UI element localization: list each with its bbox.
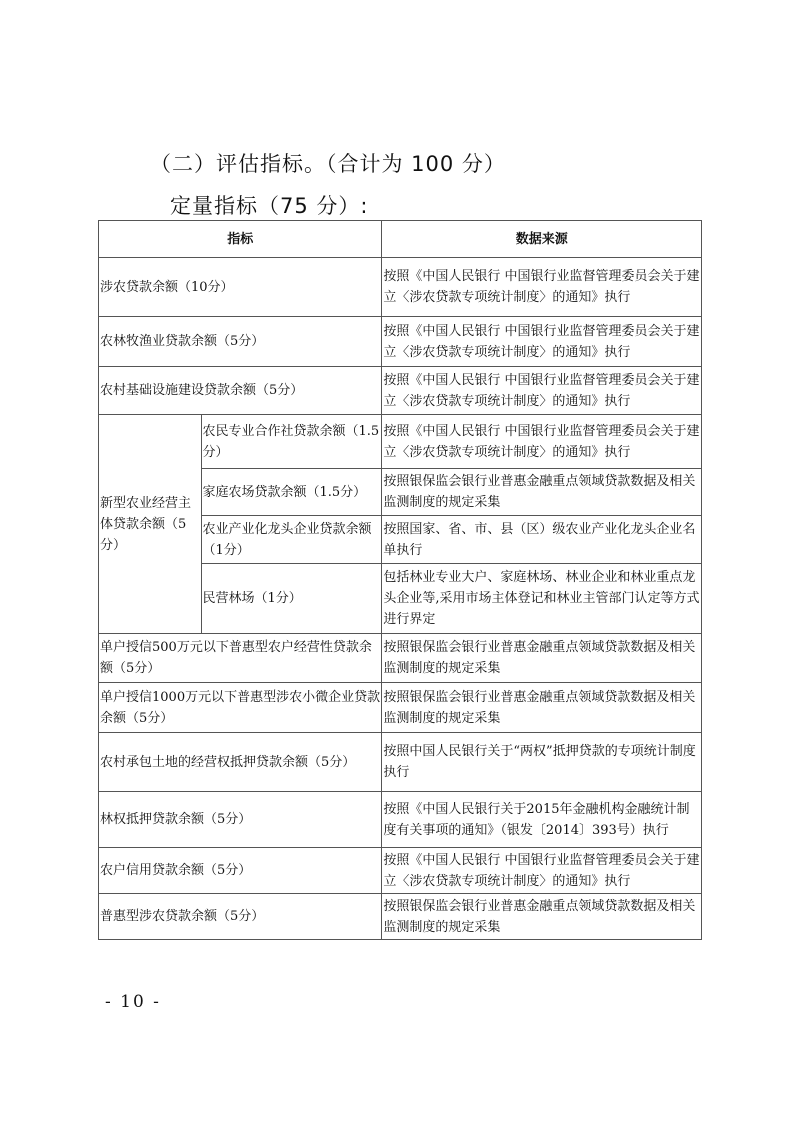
source-cell: 按照银保监会银行业普惠金融重点领域贷款数据及相关监测制度的规定采集: [382, 634, 702, 683]
indicator-cell: 农林牧渔业贷款余额（5分）: [99, 317, 382, 367]
indicator-cell: 农村基础设施建设贷款余额（5分）: [99, 367, 382, 415]
page-number: - 10 -: [105, 992, 161, 1012]
table-row: 农村基础设施建设贷款余额（5分） 按照《中国人民银行 中国银行业监督管理委员会关…: [99, 367, 702, 415]
table-row: 涉农贷款余额（10分） 按照《中国人民银行 中国银行业监督管理委员会关于建立〈涉…: [99, 258, 702, 317]
header-indicator: 指标: [99, 221, 382, 258]
table-row: 普惠型涉农贷款余额（5分） 按照银保监会银行业普惠金融重点领域贷款数据及相关监测…: [99, 894, 702, 940]
table-row: 农村承包土地的经营权抵押贷款余额（5分） 按照中国人民银行关于“两权”抵押贷款的…: [99, 733, 702, 792]
source-cell: 按照银保监会银行业普惠金融重点领域贷款数据及相关监测制度的规定采集: [382, 469, 702, 516]
table-header-row: 指标 数据来源: [99, 221, 702, 258]
indicator-table: 指标 数据来源 涉农贷款余额（10分） 按照《中国人民银行 中国银行业监督管理委…: [98, 220, 702, 940]
table-row: 农林牧渔业贷款余额（5分） 按照《中国人民银行 中国银行业监督管理委员会关于建立…: [99, 317, 702, 367]
indicator-cell: 农村承包土地的经营权抵押贷款余额（5分）: [99, 733, 382, 792]
table-row: 农户信用贷款余额（5分） 按照《中国人民银行 中国银行业监督管理委员会关于建立〈…: [99, 848, 702, 894]
indicator-cell: 涉农贷款余额（10分）: [99, 258, 382, 317]
section-heading: （二）评估指标。（合计为 100 分）: [150, 148, 506, 178]
source-cell: 按照银保监会银行业普惠金融重点领域贷款数据及相关监测制度的规定采集: [382, 683, 702, 733]
section-subheading: 定量指标（75 分）:: [170, 190, 368, 220]
source-cell: 按照中国人民银行关于“两权”抵押贷款的专项统计制度执行: [382, 733, 702, 792]
indicator-cell: 普惠型涉农贷款余额（5分）: [99, 894, 382, 940]
indicator-cell: 单户授信500万元以下普惠型农户经营性贷款余额（5分）: [99, 634, 382, 683]
table-row: 新型农业经营主体贷款余额（5分） 农民专业合作社贷款余额（1.5分） 按照《中国…: [99, 415, 702, 469]
source-cell: 按照《中国人民银行 中国银行业监督管理委员会关于建立〈涉农贷款专项统计制度〉的通…: [382, 367, 702, 415]
table-row: 单户授信1000万元以下普惠型涉农小微企业贷款余额（5分） 按照银保监会银行业普…: [99, 683, 702, 733]
indicator-cell: 单户授信1000万元以下普惠型涉农小微企业贷款余额（5分）: [99, 683, 382, 733]
source-cell: 按照《中国人民银行 中国银行业监督管理委员会关于建立〈涉农贷款专项统计制度〉的通…: [382, 258, 702, 317]
indicator-cell: 林权抵押贷款余额（5分）: [99, 792, 382, 848]
source-cell: 按照银保监会银行业普惠金融重点领域贷款数据及相关监测制度的规定采集: [382, 894, 702, 940]
source-cell: 按照《中国人民银行 中国银行业监督管理委员会关于建立〈涉农贷款专项统计制度〉的通…: [382, 415, 702, 469]
sub-indicator-cell: 家庭农场贷款余额（1.5分）: [201, 469, 382, 516]
header-source: 数据来源: [382, 221, 702, 258]
indicator-cell: 农户信用贷款余额（5分）: [99, 848, 382, 894]
source-cell: 按照国家、省、市、县（区）级农业产业化龙头企业名单执行: [382, 516, 702, 564]
group-label-cell: 新型农业经营主体贷款余额（5分）: [99, 415, 202, 634]
sub-indicator-cell: 农民专业合作社贷款余额（1.5分）: [201, 415, 382, 469]
source-cell: 包括林业专业大户、家庭林场、林业企业和林业重点龙头企业等,采用市场主体登记和林业…: [382, 564, 702, 634]
source-cell: 按照《中国人民银行 中国银行业监督管理委员会关于建立〈涉农贷款专项统计制度〉的通…: [382, 317, 702, 367]
sub-indicator-cell: 农业产业化龙头企业贷款余额（1分）: [201, 516, 382, 564]
table-row: 林权抵押贷款余额（5分） 按照《中国人民银行关于2015年金融机构金融统计制度有…: [99, 792, 702, 848]
source-cell: 按照《中国人民银行 中国银行业监督管理委员会关于建立〈涉农贷款专项统计制度〉的通…: [382, 848, 702, 894]
sub-indicator-cell: 民营林场（1分）: [201, 564, 382, 634]
table-row: 单户授信500万元以下普惠型农户经营性贷款余额（5分） 按照银保监会银行业普惠金…: [99, 634, 702, 683]
source-cell: 按照《中国人民银行关于2015年金融机构金融统计制度有关事项的通知》（银发〔20…: [382, 792, 702, 848]
